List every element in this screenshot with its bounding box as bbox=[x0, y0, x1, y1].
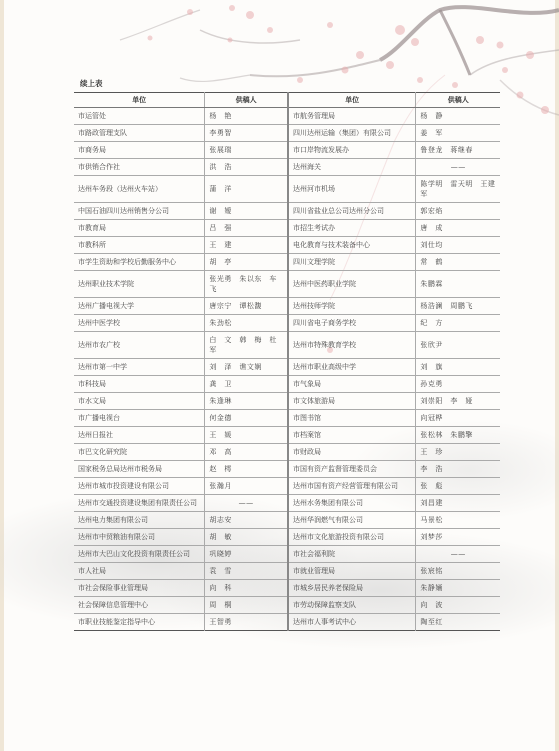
contributor-cell-right: 刘 旗 bbox=[416, 359, 500, 376]
unit-cell-left: 达州电力集团有限公司 bbox=[74, 512, 205, 529]
table-row: 市职业技能鉴定指导中心王智勇达州市人事考试中心陶至红 bbox=[74, 614, 500, 631]
unit-cell-right: 市口岸物流发展办 bbox=[288, 142, 416, 159]
unit-cell-right: 达州海关 bbox=[288, 159, 416, 176]
contributor-cell-left: —— bbox=[205, 495, 288, 512]
unit-cell-right: 达州河市机场 bbox=[288, 176, 416, 203]
contributor-cell-right: —— bbox=[416, 546, 500, 563]
table-row: 市巴文化研究院邓 高市财政局王 珍 bbox=[74, 444, 500, 461]
contributor-cell-left: 王 建 bbox=[205, 237, 288, 254]
unit-cell-right: 市财政局 bbox=[288, 444, 416, 461]
unit-cell-right: 四川省盐业总公司达州分公司 bbox=[288, 203, 416, 220]
contributor-cell-right: 姜 军 bbox=[416, 125, 500, 142]
unit-cell-left: 达州广播电视大学 bbox=[74, 298, 205, 315]
table-row: 市科技局龚 卫市气象局孙克勇 bbox=[74, 376, 500, 393]
contributor-cell-left: 张光勇 朱以东 车 飞 bbox=[205, 271, 288, 298]
contributor-cell-left: 向 科 bbox=[205, 580, 288, 597]
contributor-cell-left: 朱逢琳 bbox=[205, 393, 288, 410]
unit-cell-left: 达州市城市投资建设有限公司 bbox=[74, 478, 205, 495]
unit-cell-left: 市教科所 bbox=[74, 237, 205, 254]
contributors-table: 单位 供稿人 单位 供稿人 市运管处杨 艳市航务管理局杨 静市路政管理支队李勇智… bbox=[74, 92, 500, 631]
table-header-row: 单位 供稿人 单位 供稿人 bbox=[74, 93, 500, 108]
contributor-cell-right: 张松林 朱鹏擎 bbox=[416, 427, 500, 444]
contributor-cell-right: 马景松 bbox=[416, 512, 500, 529]
unit-cell-right: 达州市特殊教育学校 bbox=[288, 332, 416, 359]
contributor-cell-left: 李勇智 bbox=[205, 125, 288, 142]
unit-cell-right: 达州市职业高级中学 bbox=[288, 359, 416, 376]
unit-cell-right: 市劳动保障监察支队 bbox=[288, 597, 416, 614]
table-row: 达州车务段（达州火车站）蒲 洋达州河市机场陈学明 雷天明 王建军 bbox=[74, 176, 500, 203]
unit-cell-right: 四川文理学院 bbox=[288, 254, 416, 271]
table-row: 市教科所王 建电化教育与技术装备中心刘仕均 bbox=[74, 237, 500, 254]
header-contributor-right: 供稿人 bbox=[416, 93, 500, 108]
unit-cell-left: 达州职业技术学院 bbox=[74, 271, 205, 298]
unit-cell-left: 达州市中贸粮油有限公司 bbox=[74, 529, 205, 546]
contributor-cell-right: 唐 成 bbox=[416, 220, 500, 237]
contributor-cell-left: 何金德 bbox=[205, 410, 288, 427]
unit-cell-right: 市图书馆 bbox=[288, 410, 416, 427]
contributor-cell-left: 张展瑞 bbox=[205, 142, 288, 159]
unit-cell-left: 市广播电视台 bbox=[74, 410, 205, 427]
contributor-cell-left: 袁 雪 bbox=[205, 563, 288, 580]
table-row: 达州市第一中学刘 泽 谯文娴达州市职业高级中学刘 旗 bbox=[74, 359, 500, 376]
contributor-cell-right: 刘仕均 bbox=[416, 237, 500, 254]
unit-cell-right: 市城乡居民养老保险局 bbox=[288, 580, 416, 597]
unit-cell-right: 达州华润燃气有限公司 bbox=[288, 512, 416, 529]
contributor-cell-left: 王智勇 bbox=[205, 614, 288, 631]
unit-cell-left: 达州市农广校 bbox=[74, 332, 205, 359]
contributor-cell-left: 胡 亭 bbox=[205, 254, 288, 271]
unit-cell-left: 市供销合作社 bbox=[74, 159, 205, 176]
contributor-cell-right: 朱静婳 bbox=[416, 580, 500, 597]
unit-cell-right: 达州水务集团有限公司 bbox=[288, 495, 416, 512]
table-row: 市运管处杨 艳市航务管理局杨 静 bbox=[74, 108, 500, 125]
unit-cell-left: 市水文局 bbox=[74, 393, 205, 410]
contributor-cell-left: 刘 泽 谯文娴 bbox=[205, 359, 288, 376]
contributor-cell-left: 邓 高 bbox=[205, 444, 288, 461]
contributor-cell-left: 龚 卫 bbox=[205, 376, 288, 393]
contributor-cell-left: 赵 樗 bbox=[205, 461, 288, 478]
unit-cell-right: 市文体旅游局 bbox=[288, 393, 416, 410]
unit-cell-right: 市国有资产监督管理委员会 bbox=[288, 461, 416, 478]
contributor-cell-left: 王 媛 bbox=[205, 427, 288, 444]
unit-cell-left: 达州市交通投资建设集团有限责任公司 bbox=[74, 495, 205, 512]
contributor-cell-right: 刘梦莎 bbox=[416, 529, 500, 546]
contributor-cell-right: 常 鹤 bbox=[416, 254, 500, 271]
contributor-cell-right: 杨浩澜 周鹏飞 bbox=[416, 298, 500, 315]
unit-cell-right: 四川达州运输（集团）有限公司 bbox=[288, 125, 416, 142]
unit-cell-left: 社会保障信息管理中心 bbox=[74, 597, 205, 614]
header-unit-right: 单位 bbox=[288, 93, 416, 108]
unit-cell-right: 四川省电子商务学校 bbox=[288, 315, 416, 332]
unit-cell-left: 市学生资助和学校后勤服务中心 bbox=[74, 254, 205, 271]
unit-cell-right: 达州市国有资产经营管理有限公司 bbox=[288, 478, 416, 495]
table-row: 达州日报社王 媛市档案馆张松林 朱鹏擎 bbox=[74, 427, 500, 444]
unit-cell-left: 市人社局 bbox=[74, 563, 205, 580]
table-row: 达州中医学校朱劲松四川省电子商务学校纪 方 bbox=[74, 315, 500, 332]
contributor-cell-right: 刘崇阳 李 娅 bbox=[416, 393, 500, 410]
unit-cell-left: 达州车务段（达州火车站） bbox=[74, 176, 205, 203]
unit-cell-left: 市巴文化研究院 bbox=[74, 444, 205, 461]
unit-cell-left: 达州市第一中学 bbox=[74, 359, 205, 376]
contributor-cell-right: 陶至红 bbox=[416, 614, 500, 631]
contributor-cell-left: 胡 敏 bbox=[205, 529, 288, 546]
unit-cell-left: 达州中医学校 bbox=[74, 315, 205, 332]
table-row: 市路政管理支队李勇智四川达州运输（集团）有限公司姜 军 bbox=[74, 125, 500, 142]
table-row: 市水文局朱逢琳市文体旅游局刘崇阳 李 娅 bbox=[74, 393, 500, 410]
contributor-cell-right: 郭宏焰 bbox=[416, 203, 500, 220]
contributor-cell-right: 张宸铭 bbox=[416, 563, 500, 580]
table-row: 达州市交通投资建设集团有限责任公司——达州水务集团有限公司刘昌建 bbox=[74, 495, 500, 512]
header-contributor-left: 供稿人 bbox=[205, 93, 288, 108]
contributor-cell-right: 刘昌建 bbox=[416, 495, 500, 512]
contributor-cell-left: 张瀚月 bbox=[205, 478, 288, 495]
contributor-cell-left: 杨 艳 bbox=[205, 108, 288, 125]
header-unit-left: 单位 bbox=[74, 93, 205, 108]
table-row: 达州市农广校白 文 韩 梅 杜 军达州市特殊教育学校张欣尹 bbox=[74, 332, 500, 359]
table-row: 达州广播电视大学唐宗宁 谭松馥达州技师学院杨浩澜 周鹏飞 bbox=[74, 298, 500, 315]
table-row: 市人社局袁 雪市就业管理局张宸铭 bbox=[74, 563, 500, 580]
table-row: 达州职业技术学院张光勇 朱以东 车 飞达州中医药职业学院朱鹏霖 bbox=[74, 271, 500, 298]
unit-cell-right: 市档案馆 bbox=[288, 427, 416, 444]
table-row: 中国石油四川达州销售分公司谢 嫒四川省盐业总公司达州分公司郭宏焰 bbox=[74, 203, 500, 220]
contributor-cell-right: 王 珍 bbox=[416, 444, 500, 461]
table-row: 市学生资助和学校后勤服务中心胡 亭四川文理学院常 鹤 bbox=[74, 254, 500, 271]
contributor-cell-left: 巩晓婷 bbox=[205, 546, 288, 563]
unit-cell-left: 达州市大巴山文化投资有限责任公司 bbox=[74, 546, 205, 563]
contributor-cell-left: 吕 强 bbox=[205, 220, 288, 237]
unit-cell-left: 国家税务总局达州市税务局 bbox=[74, 461, 205, 478]
unit-cell-left: 市职业技能鉴定指导中心 bbox=[74, 614, 205, 631]
table-body: 市运管处杨 艳市航务管理局杨 静市路政管理支队李勇智四川达州运输（集团）有限公司… bbox=[74, 108, 500, 631]
unit-cell-right: 达州市文化旅游投资有限公司 bbox=[288, 529, 416, 546]
table-row: 国家税务总局达州市税务局赵 樗市国有资产监督管理委员会李 浩 bbox=[74, 461, 500, 478]
contributor-cell-left: 朱劲松 bbox=[205, 315, 288, 332]
contributor-cell-right: 杨 静 bbox=[416, 108, 500, 125]
contributor-cell-left: 蒲 洋 bbox=[205, 176, 288, 203]
unit-cell-left: 市社会保险事业管理局 bbox=[74, 580, 205, 597]
contributor-cell-right: 李 浩 bbox=[416, 461, 500, 478]
contributor-cell-right: 向冠桦 bbox=[416, 410, 500, 427]
unit-cell-left: 市路政管理支队 bbox=[74, 125, 205, 142]
contributor-cell-right: 张 彪 bbox=[416, 478, 500, 495]
unit-cell-left: 市运管处 bbox=[74, 108, 205, 125]
contributor-cell-right: 纪 方 bbox=[416, 315, 500, 332]
unit-cell-right: 达州市人事考试中心 bbox=[288, 614, 416, 631]
unit-cell-right: 达州中医药职业学院 bbox=[288, 271, 416, 298]
table-row: 达州市中贸粮油有限公司胡 敏达州市文化旅游投资有限公司刘梦莎 bbox=[74, 529, 500, 546]
unit-cell-right: 市就业管理局 bbox=[288, 563, 416, 580]
table-row: 社会保障信息管理中心周 桐市劳动保障监察支队向 波 bbox=[74, 597, 500, 614]
unit-cell-right: 市航务管理局 bbox=[288, 108, 416, 125]
unit-cell-right: 市气象局 bbox=[288, 376, 416, 393]
contributor-cell-left: 唐宗宁 谭松馥 bbox=[205, 298, 288, 315]
unit-cell-right: 达州技师学院 bbox=[288, 298, 416, 315]
contributor-cell-left: 周 桐 bbox=[205, 597, 288, 614]
table-caption: 续上表 bbox=[80, 78, 103, 89]
contributor-cell-left: 胡志安 bbox=[205, 512, 288, 529]
table-row: 市社会保险事业管理局向 科市城乡居民养老保险局朱静婳 bbox=[74, 580, 500, 597]
contributor-cell-right: 张欣尹 bbox=[416, 332, 500, 359]
unit-cell-left: 达州日报社 bbox=[74, 427, 205, 444]
table-row: 市教育局吕 强市招生考试办唐 成 bbox=[74, 220, 500, 237]
unit-cell-right: 电化教育与技术装备中心 bbox=[288, 237, 416, 254]
contributor-cell-right: 孙克勇 bbox=[416, 376, 500, 393]
unit-cell-left: 中国石油四川达州销售分公司 bbox=[74, 203, 205, 220]
contributor-cell-left: 洪 浩 bbox=[205, 159, 288, 176]
contributor-cell-right: 鲁登龙 蒋继春 bbox=[416, 142, 500, 159]
contributor-cell-right: 向 波 bbox=[416, 597, 500, 614]
contributor-cell-left: 白 文 韩 梅 杜 军 bbox=[205, 332, 288, 359]
table-row: 达州市城市投资建设有限公司张瀚月达州市国有资产经营管理有限公司张 彪 bbox=[74, 478, 500, 495]
table-row: 市广播电视台何金德市图书馆向冠桦 bbox=[74, 410, 500, 427]
unit-cell-right: 市社会福利院 bbox=[288, 546, 416, 563]
contributor-cell-left: 谢 嫒 bbox=[205, 203, 288, 220]
table-row: 市商务局张展瑞市口岸物流发展办鲁登龙 蒋继春 bbox=[74, 142, 500, 159]
table-row: 达州电力集团有限公司胡志安达州华润燃气有限公司马景松 bbox=[74, 512, 500, 529]
table-row: 市供销合作社洪 浩达州海关—— bbox=[74, 159, 500, 176]
unit-cell-right: 市招生考试办 bbox=[288, 220, 416, 237]
unit-cell-left: 市科技局 bbox=[74, 376, 205, 393]
unit-cell-left: 市教育局 bbox=[74, 220, 205, 237]
unit-cell-left: 市商务局 bbox=[74, 142, 205, 159]
contributor-cell-right: 朱鹏霖 bbox=[416, 271, 500, 298]
contributor-cell-right: 陈学明 雷天明 王建军 bbox=[416, 176, 500, 203]
contributor-cell-right: —— bbox=[416, 159, 500, 176]
table-row: 达州市大巴山文化投资有限责任公司巩晓婷市社会福利院—— bbox=[74, 546, 500, 563]
